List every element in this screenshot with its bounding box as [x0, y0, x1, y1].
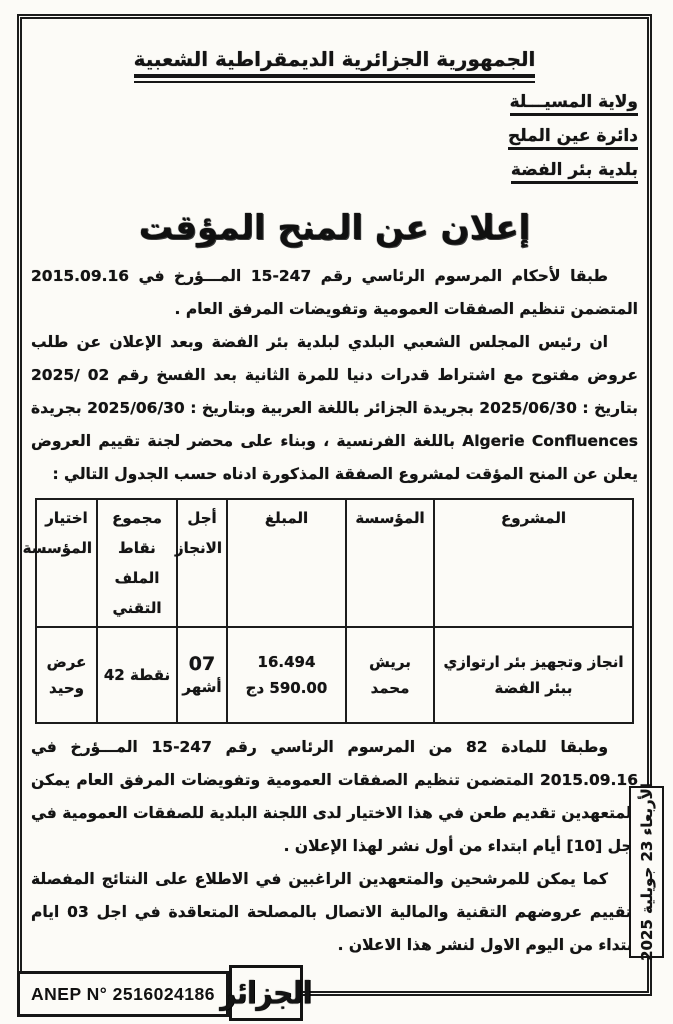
- paragraph-tender-notice: ان رئيس المجلس الشعبي البلدي لبلدية بئر …: [31, 326, 638, 491]
- announcement-content: الجمهورية الجزائرية الديمقراطية الشعبية …: [22, 19, 647, 962]
- announcement-title: إعلان عن المنح المؤقت: [31, 208, 638, 248]
- daira-line: دائرة عين الملح: [33, 126, 638, 160]
- newspaper-logo: الجزائر: [220, 975, 312, 1011]
- daira-label: دائرة عين الملح: [508, 126, 638, 150]
- paragraph-decree-intro: طبقا لأحكام المرسوم الرئاسي رقم 247-15 ا…: [31, 260, 638, 326]
- award-table: المشروع المؤسسة المبلغ أجل الانجاز مجموع…: [35, 498, 634, 724]
- region-block: ولاية المسيـــلة دائرة عين الملح بلدية ب…: [31, 92, 638, 194]
- newspaper-logo-box: الجزائر: [229, 965, 303, 1021]
- republic-title-underline: الجمهورية الجزائرية الديمقراطية الشعبية: [134, 47, 536, 83]
- header-points: مجموع نقاط الملف التقني: [97, 499, 177, 627]
- amount-value: 16.494 590.00: [258, 653, 328, 697]
- scanned-tender-announcement: الجمهورية الجزائرية الديمقراطية الشعبية …: [0, 0, 673, 1024]
- amount-currency: دج: [246, 679, 265, 697]
- publication-date: الأربعاء 23 جويلية 2025: [638, 783, 656, 961]
- republic-title-row: الجمهورية الجزائرية الديمقراطية الشعبية: [31, 47, 638, 83]
- cell-project: انجاز وتجهيز بئر ارتوازي ببئر الفضة: [434, 627, 633, 723]
- header-amount: المبلغ: [227, 499, 346, 627]
- commune-line: بلدية بئر الفضة: [33, 160, 638, 194]
- paragraph-appeal-notice: وطبقا للمادة 82 من المرسوم الرئاسي رقم 2…: [31, 731, 638, 863]
- anep-number: ANEP N° 2516024186: [31, 984, 215, 1005]
- cell-deadline: 07أشهر: [177, 627, 227, 723]
- wilaya-label: ولاية المسيـــلة: [510, 92, 638, 116]
- table-header-row: المشروع المؤسسة المبلغ أجل الانجاز مجموع…: [36, 499, 633, 627]
- paragraph-results-notice: كما يمكن للمرشحين والمتعهدين الراغبين في…: [31, 863, 638, 962]
- points-value: 42 نقطة: [104, 662, 170, 688]
- header-deadline: أجل الانجاز: [177, 499, 227, 627]
- header-company: المؤسسة: [346, 499, 434, 627]
- table-data-row: انجاز وتجهيز بئر ارتوازي ببئر الفضة بريش…: [36, 627, 633, 723]
- publication-date-box: الأربعاء 23 جويلية 2025: [629, 786, 664, 958]
- commune-label: بلدية بئر الفضة: [511, 160, 638, 184]
- cell-amount: 16.494 590.00 دج: [227, 627, 346, 723]
- wilaya-line: ولاية المسيـــلة: [33, 92, 638, 126]
- deadline-unit: أشهر: [182, 676, 222, 698]
- anep-number-box: ANEP N° 2516024186: [17, 971, 229, 1017]
- cell-choice: عرض وحيد: [36, 627, 97, 723]
- header-project: المشروع: [434, 499, 633, 627]
- republic-title: الجمهورية الجزائرية الديمقراطية الشعبية: [134, 47, 536, 78]
- cell-points: 42 نقطة: [97, 627, 177, 723]
- cell-company: بريش محمد: [346, 627, 434, 723]
- header-choice: اختيار المؤسسة: [36, 499, 97, 627]
- deadline-months: 07: [182, 652, 222, 676]
